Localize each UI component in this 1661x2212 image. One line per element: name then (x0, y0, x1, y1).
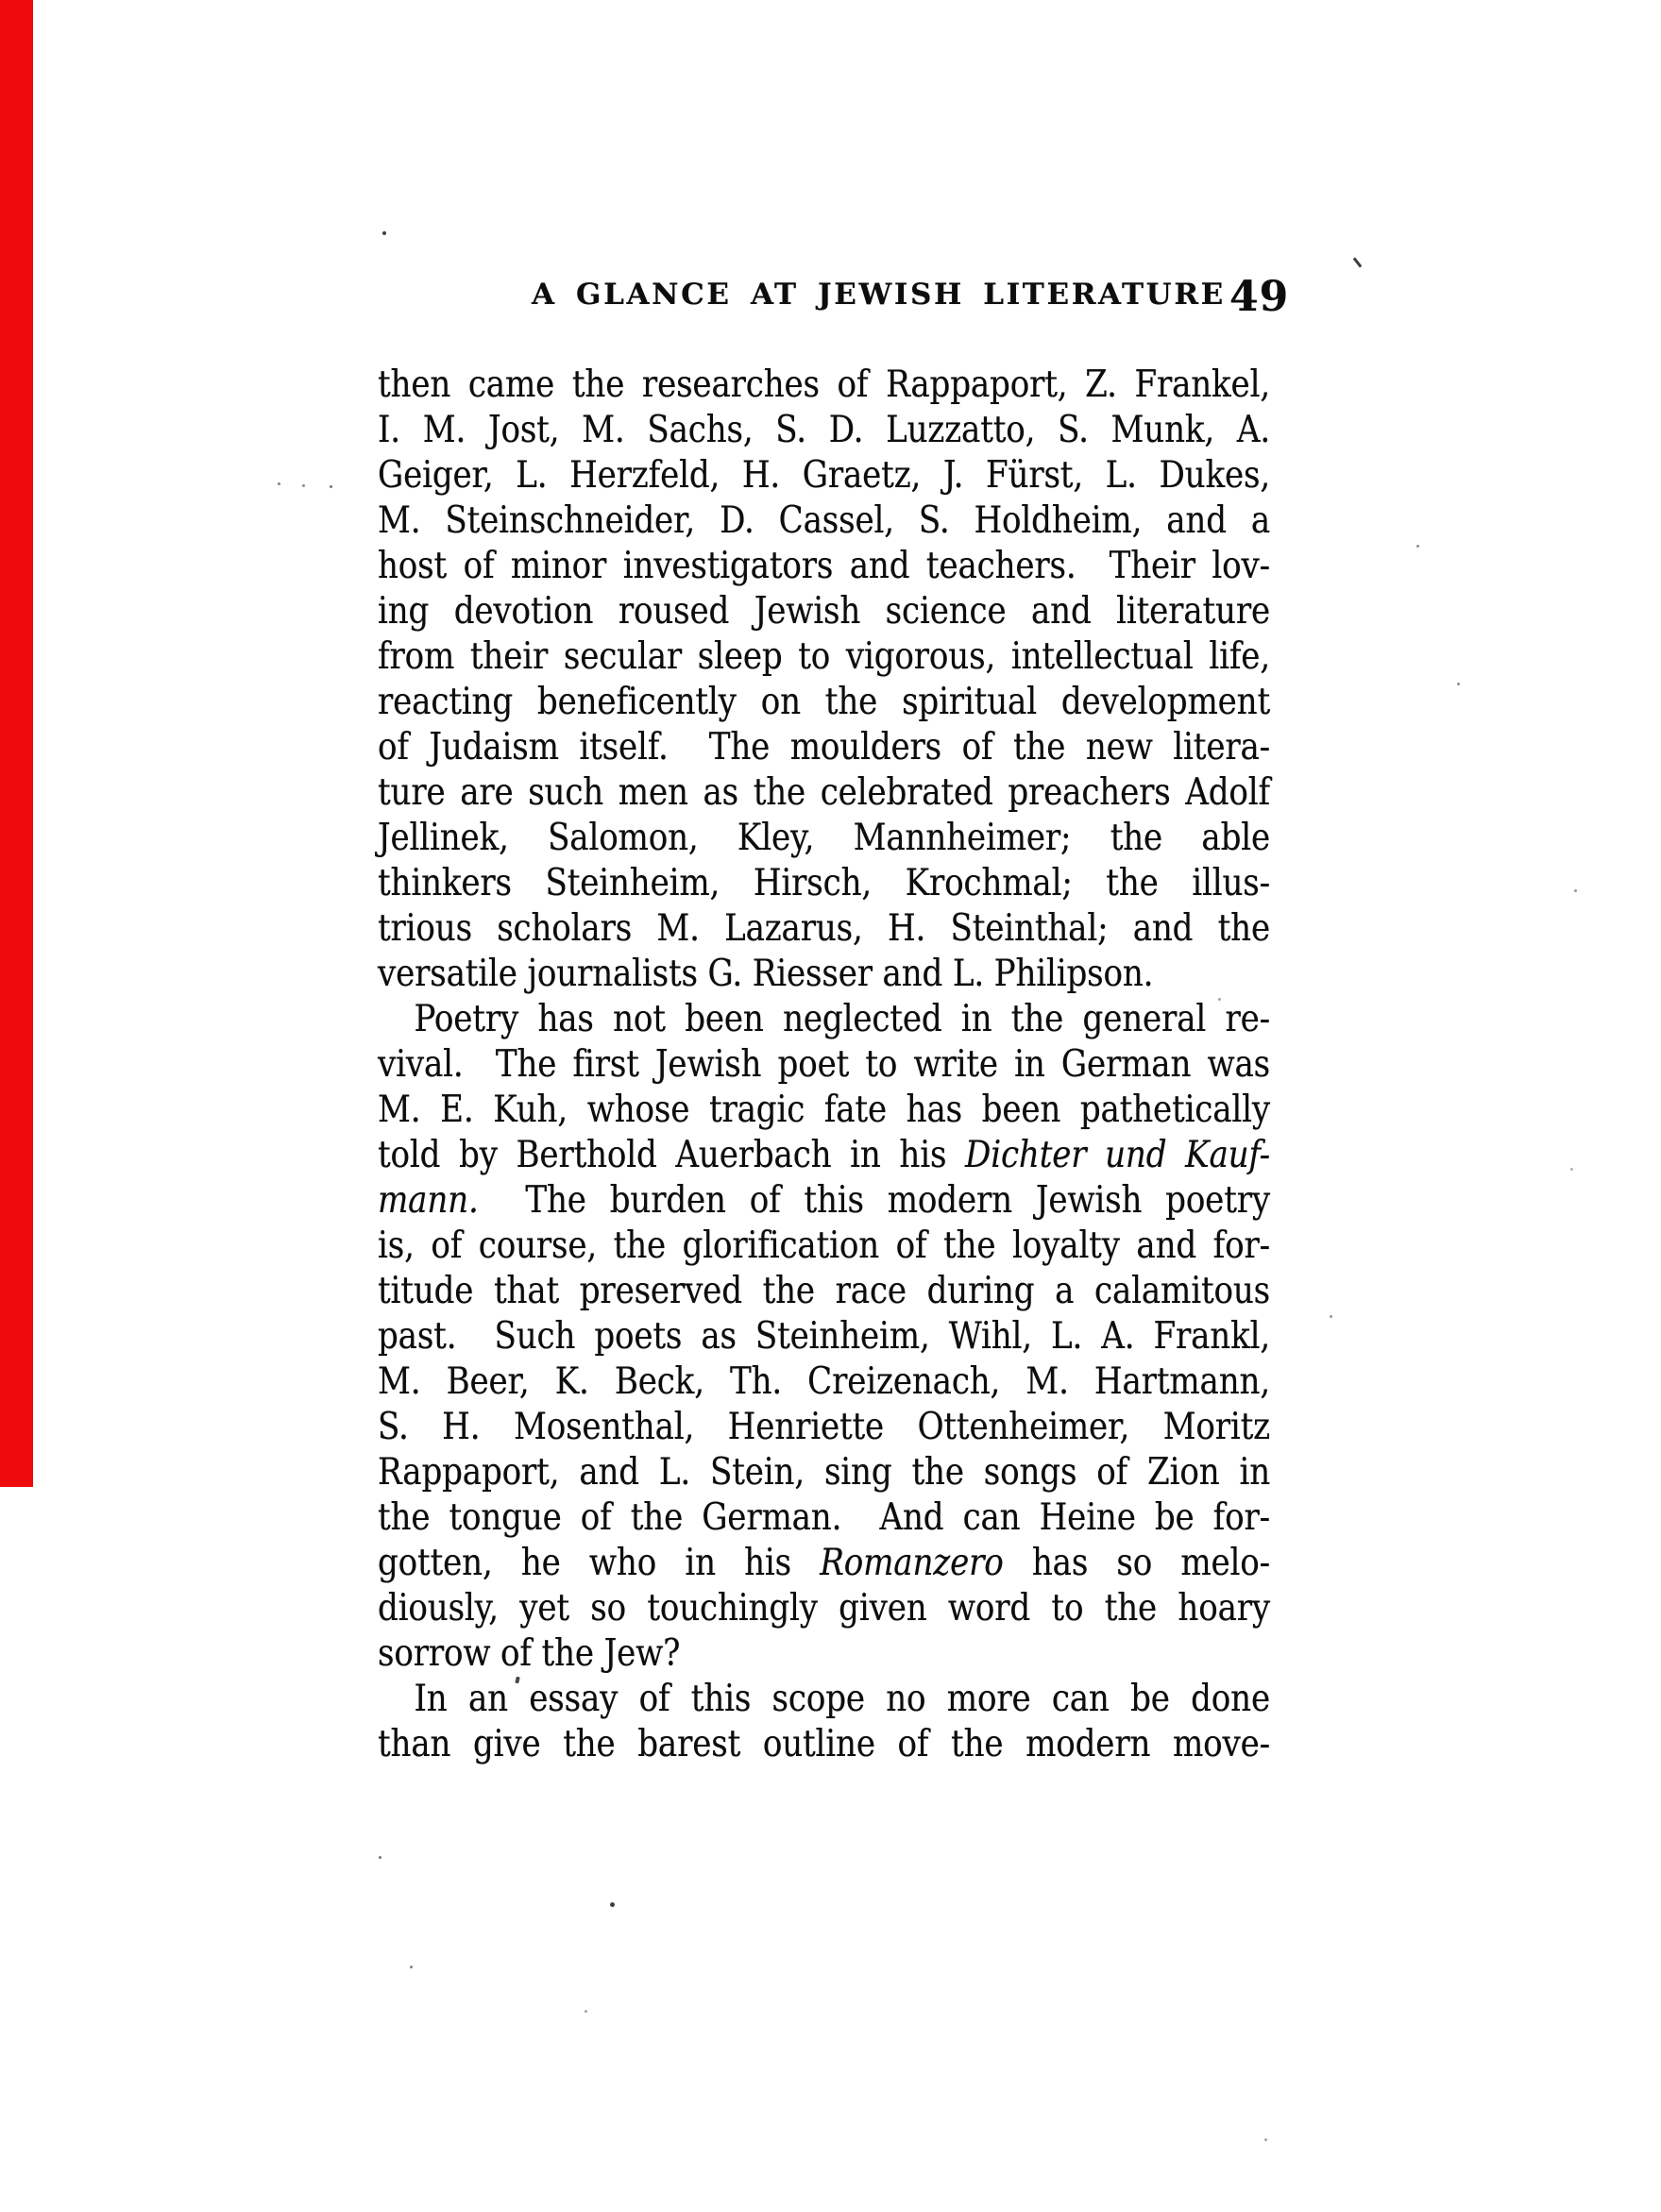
text-line: S. H. Mosenthal, Henriette Ottenheimer, … (378, 1405, 1270, 1450)
text-line: M. E. Kuh, whose tragic fate has been pa… (378, 1088, 1270, 1133)
text-line: Rappaport, and L. Stein, sing the songs … (378, 1450, 1270, 1495)
text-line: Poetry has not been neglected in the gen… (378, 997, 1270, 1042)
red-edge-stripe (0, 0, 33, 1487)
text-line: M. Beer, K. Beck, Th. Creizenach, M. Har… (378, 1359, 1270, 1405)
scan-speck (278, 482, 280, 485)
italic-text-segment: Romanzero (820, 1542, 1003, 1584)
text-segment: M. Beer, K. Beck, Th. Creizenach, M. Har… (378, 1360, 1270, 1403)
text-segment: S. H. Mosenthal, Henriette Ottenheimer, … (378, 1406, 1270, 1448)
text-segment: Jellinek, Salomon, Kley, Mannheimer; the… (378, 817, 1270, 859)
text-segment: M. Steinschneider, D. Cassel, S. Holdhei… (378, 499, 1270, 542)
text-segment: The burden of this modern Jewish poetry (479, 1179, 1270, 1222)
scan-speck (1264, 2138, 1267, 2141)
scan-speck (1574, 889, 1577, 892)
text-line: of Judaism itself. The moulders of the n… (378, 725, 1270, 770)
text-segment: from their secular sleep to vigorous, in… (378, 635, 1270, 678)
text-segment: reacting beneficently on the spiritual d… (378, 681, 1270, 723)
text-line: mann. The burden of this modern Jewish p… (378, 1178, 1270, 1224)
text-segment: diously, yet so touchingly given word to… (378, 1587, 1270, 1629)
text-line: sorrow of the Jew? (378, 1631, 1270, 1677)
text-segment: ing devotion roused Jewish science and l… (378, 590, 1270, 633)
scan-speck (610, 1902, 615, 1907)
scanned-book-page: A GLANCE AT JEWISH LITERATURE 49 then ca… (0, 0, 1661, 2212)
text-segment: In an essay of this scope no more can be… (415, 1678, 1271, 1720)
text-segment: the tongue of the German. And can Heine … (378, 1496, 1270, 1539)
text-line: titude that preserved the race during a … (378, 1269, 1270, 1314)
text-line: Jellinek, Salomon, Kley, Mannheimer; the… (378, 816, 1270, 861)
scan-speck (382, 231, 386, 235)
text-line: told by Berthold Auerbach in his Dichter… (378, 1133, 1270, 1178)
scan-speck (302, 484, 305, 487)
running-header-title: A GLANCE AT JEWISH LITERATURE (532, 280, 1226, 310)
text-segment: gotten, he who in his (378, 1542, 820, 1584)
scan-speck (330, 485, 332, 488)
text-line: than give the barest outline of the mode… (378, 1722, 1270, 1767)
text-line: is, of course, the glorification of the … (378, 1224, 1270, 1269)
text-segment: host of minor investigators and teachers… (378, 545, 1270, 587)
scan-speck (1218, 998, 1221, 1001)
text-segment: Geiger, L. Herzfeld, H. Graetz, J. Fürst… (378, 454, 1270, 497)
text-line: gotten, he who in his Romanzero has so m… (378, 1541, 1270, 1586)
text-segment: Poetry has not been neglected in the gen… (415, 998, 1271, 1040)
italic-text-segment: Dichter und Kauf- (965, 1134, 1270, 1176)
text-segment: versatile journalists G. Riesser and L. … (378, 953, 1153, 995)
text-segment: sorrow of the Jew? (378, 1632, 680, 1675)
text-line: In an essay of this scope no more can be… (378, 1677, 1270, 1722)
scan-speck (379, 1856, 381, 1859)
text-segment: I. M. Jost, M. Sachs, S. D. Luzzatto, S.… (378, 409, 1270, 451)
scan-speck (585, 2010, 587, 2013)
text-segment: vival. The first Jewish poet to write in… (378, 1043, 1270, 1086)
text-segment: past. Such poets as Steinheim, Wihl, L. … (378, 1315, 1270, 1358)
text-segment: told by Berthold Auerbach in his (378, 1134, 965, 1176)
text-segment: is, of course, the glorification of the … (378, 1224, 1270, 1267)
scan-speck (410, 1966, 413, 1968)
text-segment: thinkers Steinheim, Hirsch, Krochmal; th… (378, 862, 1270, 904)
text-line: thinkers Steinheim, Hirsch, Krochmal; th… (378, 861, 1270, 906)
page-number: 49 (1229, 277, 1289, 318)
text-segment: trious scholars M. Lazarus, H. Steinthal… (378, 907, 1270, 950)
text-segment: titude that preserved the race during a … (378, 1270, 1270, 1312)
text-segment: M. E. Kuh, whose tragic fate has been pa… (378, 1089, 1270, 1131)
text-line: versatile journalists G. Riesser and L. … (378, 952, 1270, 997)
text-line: host of minor investigators and teachers… (378, 544, 1270, 589)
text-line: Geiger, L. Herzfeld, H. Graetz, J. Fürst… (378, 453, 1270, 498)
text-line: diously, yet so touchingly given word to… (378, 1586, 1270, 1631)
text-line: then came the researches of Rappaport, Z… (378, 363, 1270, 408)
text-segment: of Judaism itself. The moulders of the n… (378, 726, 1270, 768)
scan-speck (1457, 683, 1460, 685)
text-segment: ture are such men as the celebrated prea… (378, 771, 1270, 814)
text-line: M. Steinschneider, D. Cassel, S. Holdhei… (378, 498, 1270, 544)
text-line: ing devotion roused Jewish science and l… (378, 589, 1270, 634)
text-line: I. M. Jost, M. Sachs, S. D. Luzzatto, S.… (378, 408, 1270, 453)
body-text: then came the researches of Rappaport, Z… (378, 363, 1270, 1767)
scan-speck (1416, 545, 1419, 548)
text-segment: has so melo- (1004, 1542, 1270, 1584)
scan-speck (1353, 257, 1363, 267)
text-line: trious scholars M. Lazarus, H. Steinthal… (378, 906, 1270, 952)
text-line: vival. The first Jewish poet to write in… (378, 1042, 1270, 1088)
text-line: ture are such men as the celebrated prea… (378, 770, 1270, 816)
italic-text-segment: mann. (378, 1179, 479, 1222)
scan-speck (1330, 1315, 1332, 1318)
text-line: from their secular sleep to vigorous, in… (378, 634, 1270, 680)
text-line: past. Such poets as Steinheim, Wihl, L. … (378, 1314, 1270, 1359)
text-segment: then came the researches of Rappaport, Z… (378, 363, 1270, 406)
text-line: reacting beneficently on the spiritual d… (378, 680, 1270, 725)
scan-speck (1570, 1168, 1573, 1171)
text-segment: Rappaport, and L. Stein, sing the songs … (378, 1451, 1270, 1494)
text-segment: than give the barest outline of the mode… (378, 1723, 1270, 1765)
text-line: the tongue of the German. And can Heine … (378, 1495, 1270, 1541)
